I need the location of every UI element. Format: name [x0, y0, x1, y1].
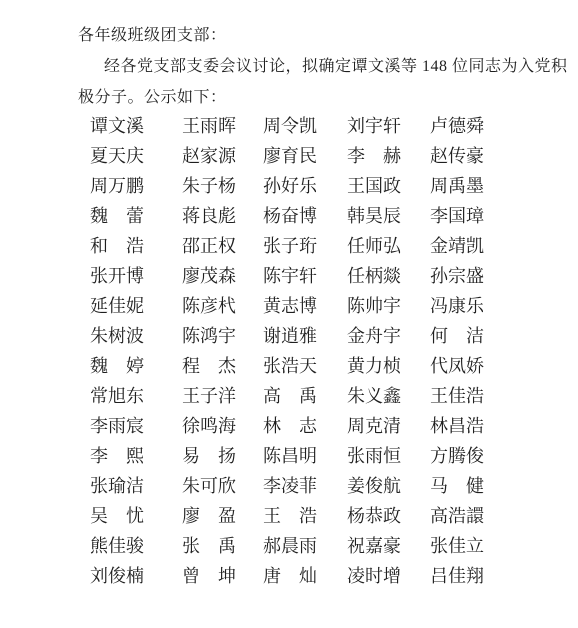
name-cell: 张子珩 [263, 235, 347, 265]
name-cell: 方腾俊 [430, 445, 486, 475]
name-cell: 任柄燚 [347, 265, 430, 295]
name-cell: 王雨晖 [182, 115, 263, 145]
name-cell: 周令凯 [263, 115, 347, 145]
name-cell: 李凌菲 [263, 475, 347, 505]
name-cell: 郝晨雨 [263, 535, 347, 565]
name-cell: 金舟宇 [347, 325, 430, 355]
name-cell: 周克清 [347, 415, 430, 445]
name-cell: 张浩天 [263, 355, 347, 385]
salutation-line: 各年级班级团支部： [78, 20, 578, 51]
name-cell: 周禹墨 [430, 175, 486, 205]
name-cell: 杨奋博 [263, 205, 347, 235]
name-cell: 李 赫 [347, 145, 430, 175]
name-cell: 姜俊航 [347, 475, 430, 505]
name-cell: 任师弘 [347, 235, 430, 265]
name-cell: 廖 盈 [182, 505, 263, 535]
name-cell: 李 熙 [90, 445, 182, 475]
name-cell: 张开博 [90, 265, 182, 295]
name-cell: 魏 蕾 [90, 205, 182, 235]
name-cell: 孙宗盛 [430, 265, 486, 295]
name-cell: 王国政 [347, 175, 430, 205]
name-cell: 孙好乐 [263, 175, 347, 205]
name-cell: 赵传豪 [430, 145, 486, 175]
name-cell: 陈鸿宇 [182, 325, 263, 355]
name-cell: 王 浩 [263, 505, 347, 535]
name-cell: 冯康乐 [430, 295, 486, 325]
name-cell: 韩昊辰 [347, 205, 430, 235]
name-cell: 刘宇轩 [347, 115, 430, 145]
name-cell: 陈彦杙 [182, 295, 263, 325]
name-cell: 谢逍雅 [263, 325, 347, 355]
name-cell: 陈昌明 [263, 445, 347, 475]
name-cell: 熊佳骏 [90, 535, 182, 565]
document-content: 各年级班级团支部： 经各党支部支委会议讨论，拟确定谭文溪等 148 位同志为入党… [0, 0, 578, 595]
name-cell: 廖育民 [263, 145, 347, 175]
name-cell: 马 健 [430, 475, 486, 505]
name-cell: 赵家源 [182, 145, 263, 175]
name-cell: 廖茂森 [182, 265, 263, 295]
body-line-2: 极分子。公示如下： [78, 82, 578, 113]
name-cell: 何 洁 [430, 325, 486, 355]
name-cell: 王佳浩 [430, 385, 486, 415]
name-cell: 曾 坤 [182, 565, 263, 595]
name-cell: 魏 婷 [90, 355, 182, 385]
name-cell: 黄志博 [263, 295, 347, 325]
name-cell: 朱树波 [90, 325, 182, 355]
name-cell: 程 杰 [182, 355, 263, 385]
name-cell: 张佳立 [430, 535, 486, 565]
name-cell: 易 扬 [182, 445, 263, 475]
name-cell: 高浩譞 [430, 505, 486, 535]
name-cell: 林 志 [263, 415, 347, 445]
name-cell: 陈帅宇 [347, 295, 430, 325]
name-cell: 刘俊楠 [90, 565, 182, 595]
name-cell: 金靖凯 [430, 235, 486, 265]
name-cell: 李国璋 [430, 205, 486, 235]
name-cell: 张 禹 [182, 535, 263, 565]
name-cell: 朱可欣 [182, 475, 263, 505]
name-cell: 蒋良彪 [182, 205, 263, 235]
name-cell: 杨恭政 [347, 505, 430, 535]
name-cell: 延佳妮 [90, 295, 182, 325]
name-cell: 王子洋 [182, 385, 263, 415]
names-grid: 谭文溪王雨晖周令凯刘宇轩卢德舜夏天庆赵家源廖育民李 赫赵传豪周万鹏朱子杨孙好乐王… [90, 115, 578, 595]
document-page: 各年级班级团支部： 经各党支部支委会议讨论，拟确定谭文溪等 148 位同志为入党… [0, 0, 578, 628]
name-cell: 林昌浩 [430, 415, 486, 445]
name-cell: 吴 忧 [90, 505, 182, 535]
name-cell: 朱子杨 [182, 175, 263, 205]
name-cell: 高 禹 [263, 385, 347, 415]
name-cell: 凌时增 [347, 565, 430, 595]
name-cell: 谭文溪 [90, 115, 182, 145]
name-cell: 唐 灿 [263, 565, 347, 595]
name-cell: 陈宇轩 [263, 265, 347, 295]
name-cell: 夏天庆 [90, 145, 182, 175]
name-cell: 祝嘉豪 [347, 535, 430, 565]
name-cell: 黄力桢 [347, 355, 430, 385]
name-cell: 代凤娇 [430, 355, 486, 385]
name-cell: 卢德舜 [430, 115, 486, 145]
name-cell: 和 浩 [90, 235, 182, 265]
name-cell: 周万鹏 [90, 175, 182, 205]
name-cell: 徐鸣海 [182, 415, 263, 445]
name-cell: 朱义鑫 [347, 385, 430, 415]
body-line-1: 经各党支部支委会议讨论，拟确定谭文溪等 148 位同志为入党积 [78, 51, 578, 82]
name-cell: 李雨宸 [90, 415, 182, 445]
name-cell: 张雨恒 [347, 445, 430, 475]
name-cell: 张瑜洁 [90, 475, 182, 505]
name-cell: 常旭东 [90, 385, 182, 415]
name-cell: 邵正权 [182, 235, 263, 265]
name-cell: 吕佳翔 [430, 565, 486, 595]
